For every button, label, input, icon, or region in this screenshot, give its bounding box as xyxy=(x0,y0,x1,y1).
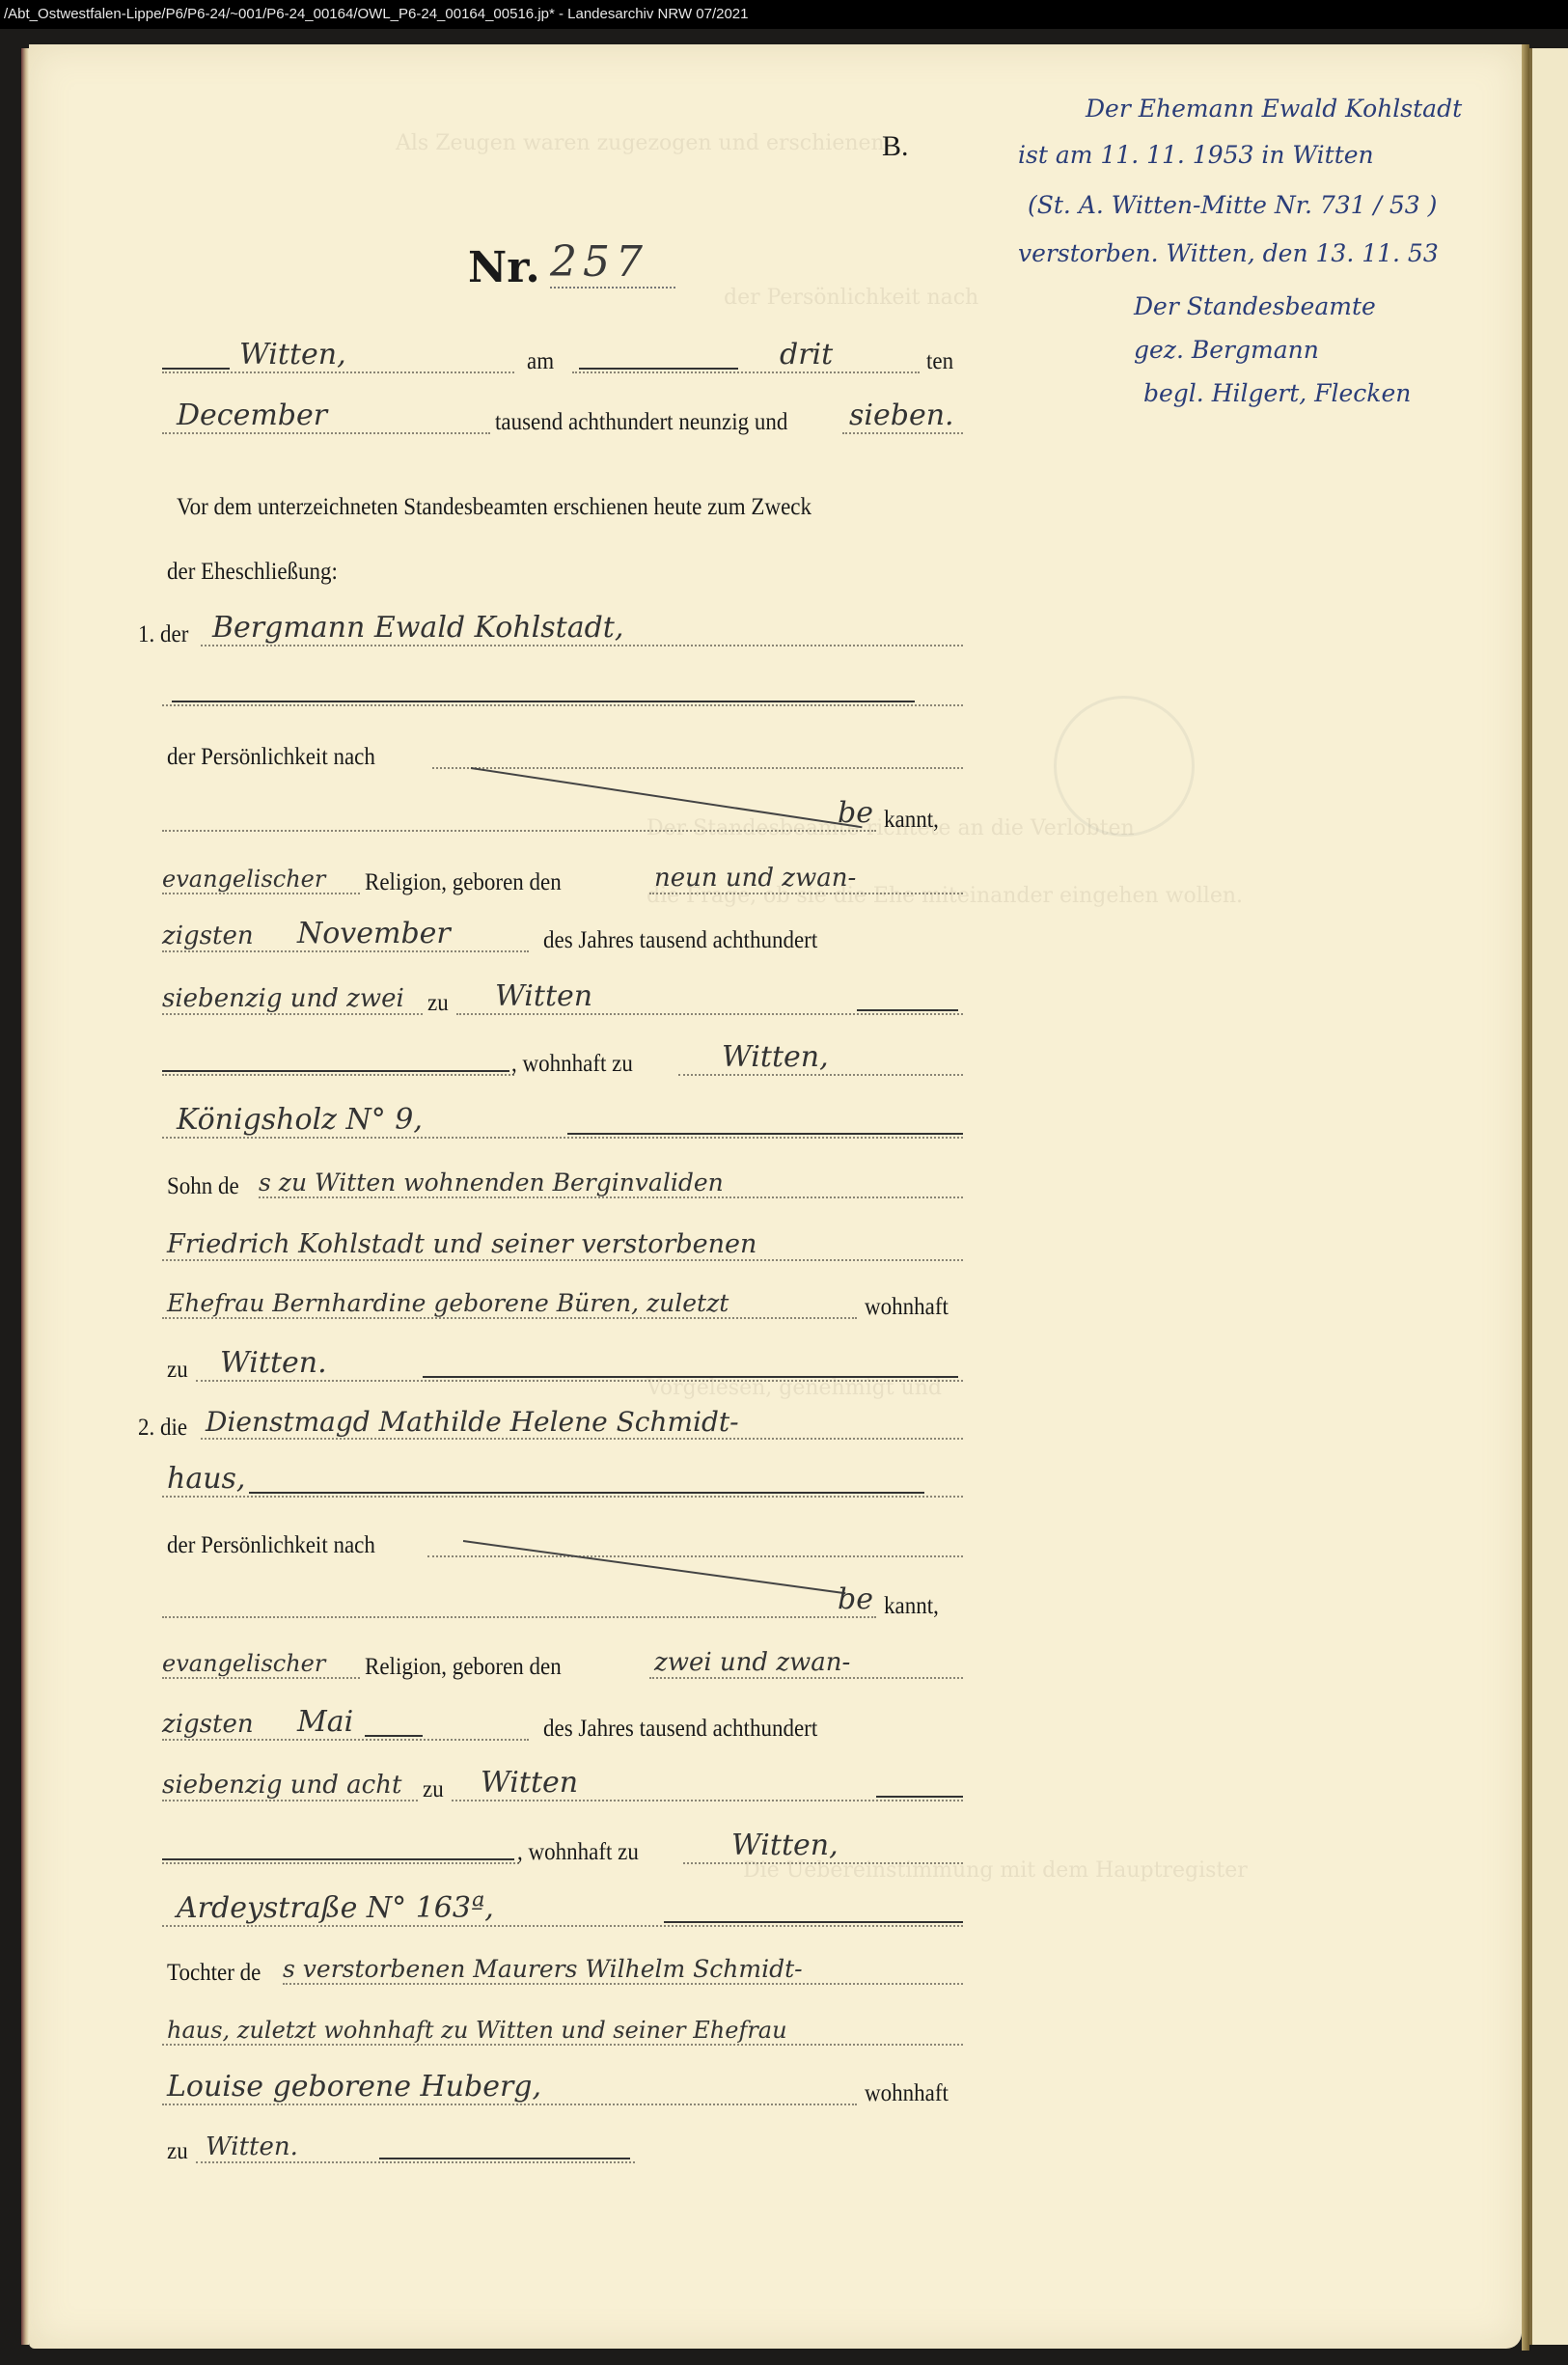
groom-known-line: be kannt, xyxy=(162,791,963,841)
groom-birth-place: Witten xyxy=(495,979,592,1013)
groom-blank-line xyxy=(162,666,963,716)
groom-birth-year-printed: des Jahres tausend achthundert xyxy=(543,927,817,954)
groom-identity-line: der Persönlichkeit nach xyxy=(162,729,963,779)
annotation-line: (St. A. Witten-Mitte Nr. 731 / 53 ) xyxy=(1028,193,1437,217)
bride-parents-line-2: haus, zuletzt wohnhaft zu Witten und sei… xyxy=(162,2005,963,2055)
bleed-through-text: Als Zeugen waren zugezogen und erschiene… xyxy=(396,131,892,155)
intro-line-1: Vor dem unterzeichneten Standesbeamten e… xyxy=(162,479,963,529)
bride-name-1: Dienstmagd Mathilde Helene Schmidt- xyxy=(206,1406,739,1438)
window-title-bar: /Abt_Ostwestfalen-Lippe/P6/P6-24/~001/P6… xyxy=(0,0,1568,29)
place-value: Witten, xyxy=(239,338,346,371)
groom-birth-day-1: neun und zwan- xyxy=(654,864,856,893)
groom-birth-day-2: zigsten xyxy=(162,921,254,950)
groom-prefix: 1. der xyxy=(138,621,188,648)
bride-prefix: 2. die xyxy=(138,1415,187,1442)
bride-religion-printed: Religion, geboren den xyxy=(365,1654,562,1681)
faded-stamp xyxy=(1054,696,1195,837)
adjacent-page-edge xyxy=(1529,48,1568,2345)
place-date-line: Witten, am drit ten xyxy=(162,333,963,383)
groom-residence-line: , wohnhaft zu Witten, xyxy=(162,1035,963,1086)
bride-birth-day-2: zigsten xyxy=(162,1710,254,1739)
bride-parents-1: s verstorbenen Maurers Wilhelm Schmidt- xyxy=(283,1955,803,1983)
groom-identity-label: der Persönlichkeit nach xyxy=(167,744,375,771)
groom-religion-printed: Religion, geboren den xyxy=(365,869,562,896)
groom-parents-line-3: Ehefrau Bernhardine geborene Büren, zule… xyxy=(162,1279,963,1329)
bride-name-line-1: 2. die Dienstmagd Mathilde Helene Schmid… xyxy=(162,1399,963,1449)
son-label: Sohn de xyxy=(167,1173,239,1200)
groom-religion-hw: evangelischer xyxy=(162,866,325,893)
record-number-label: Nr. xyxy=(468,243,540,292)
month-year-line: December tausend achthundert neunzig und… xyxy=(162,394,963,444)
annotation-line: ist am 11. 11. 1953 in Witten xyxy=(1018,143,1374,167)
groom-known-hw: be xyxy=(838,796,873,830)
month-value: December xyxy=(177,399,327,432)
groom-known-suffix: kannt, xyxy=(884,807,939,834)
am-label: am xyxy=(527,348,554,375)
intro-text: Vor dem unterzeichneten Standesbeamten e… xyxy=(177,494,812,521)
bride-religion-hw: evangelischer xyxy=(162,1650,325,1677)
bride-parents-3: Louise geborene Huberg, xyxy=(167,2070,541,2104)
bride-known-suffix: kannt, xyxy=(884,1593,939,1620)
bride-address: Ardeystraße N° 163ª, xyxy=(177,1891,494,1925)
groom-address-line: Königsholz N° 9, xyxy=(162,1098,963,1148)
annotation-line: gez. Bergmann xyxy=(1134,338,1319,362)
window-title: /Abt_Ostwestfalen-Lippe/P6/P6-24/~001/P6… xyxy=(4,6,749,22)
bride-parents-line-3: Louise geborene Huberg, wohnhaft xyxy=(162,2065,963,2115)
groom-name-line: 1. der Bergmann Ewald Kohlstadt, xyxy=(162,606,963,656)
bride-birth-month: Mai xyxy=(297,1705,353,1739)
groom-residence: Witten, xyxy=(722,1040,829,1074)
groom-parents-1: s zu Witten wohnenden Berginvaliden xyxy=(259,1169,724,1196)
groom-birth-month-line: zigsten November des Jahres tausend acht… xyxy=(162,912,963,962)
bride-address-line: Ardeystraße N° 163ª, xyxy=(162,1886,963,1937)
bride-birth-place: Witten xyxy=(481,1766,578,1800)
annotation-line: Der Ehemann Ewald Kohlstadt xyxy=(1086,96,1462,121)
groom-parents-3-suffix: wohnhaft xyxy=(865,1294,949,1321)
groom-parents-residence: Witten. xyxy=(220,1346,327,1380)
annotation-line: verstorben. Witten, den 13. 11. 53 xyxy=(1018,241,1439,265)
intro-line-2: der Eheschließung: xyxy=(162,543,963,593)
bride-birth-year-hw: siebenzig und acht xyxy=(162,1771,401,1800)
annotation-line: begl. Hilgert, Flecken xyxy=(1143,381,1411,405)
bride-residence: Witten, xyxy=(731,1829,839,1862)
section-marker: B. xyxy=(882,130,909,163)
groom-parents-residence-label: zu xyxy=(167,1357,188,1384)
day-suffix: ten xyxy=(926,348,953,375)
bride-known-hw: be xyxy=(838,1582,873,1616)
groom-parents-line-2: Friedrich Kohlstadt und seiner verstorbe… xyxy=(162,1221,963,1271)
groom-parents-line-1: Sohn de s zu Witten wohnenden Berginvali… xyxy=(162,1158,963,1208)
bride-birth-year-line: siebenzig und acht zu Witten xyxy=(162,1761,963,1811)
bride-parents-line-1: Tochter de s verstorbenen Maurers Wilhel… xyxy=(162,1944,963,1994)
bride-known-line: be kannt, xyxy=(162,1578,963,1628)
groom-parents-residence-line: zu Witten. xyxy=(162,1341,963,1391)
bride-residence-label: , wohnhaft zu xyxy=(517,1839,639,1866)
book-edge xyxy=(21,48,29,2345)
bride-parents-residence-label: zu xyxy=(167,2138,188,2165)
bride-parents-residence: Witten. xyxy=(206,2132,298,2161)
groom-parents-2: Friedrich Kohlstadt und seiner verstorbe… xyxy=(167,1229,756,1259)
groom-birth-month: November xyxy=(297,917,451,950)
bride-parents-residence-line: zu Witten. xyxy=(162,2123,963,2173)
bride-birth-year-printed: des Jahres tausend achthundert xyxy=(543,1716,817,1743)
bride-identity-line: der Persönlichkeit nach xyxy=(162,1517,963,1567)
annotation-line: Der Standesbeamte xyxy=(1134,294,1376,318)
bride-birth-place-label: zu xyxy=(423,1776,444,1803)
year-handwritten: sieben. xyxy=(849,399,954,432)
bride-identity-label: der Persönlichkeit nach xyxy=(167,1532,375,1559)
bride-parents-2: haus, zuletzt wohnhaft zu Witten und sei… xyxy=(167,2017,787,2044)
groom-parents-3: Ehefrau Bernhardine geborene Büren, zule… xyxy=(167,1289,729,1317)
bride-parents-3-suffix: wohnhaft xyxy=(865,2080,949,2107)
day-value: drit xyxy=(780,338,833,371)
bride-birth-day-1: zwei und zwan- xyxy=(654,1648,850,1677)
book-gutter xyxy=(1522,44,1529,2351)
bride-residence-line: , wohnhaft zu Witten, xyxy=(162,1824,963,1874)
record-number-value: 257 xyxy=(550,237,675,289)
bride-name-line-2: haus, xyxy=(162,1457,963,1507)
groom-birth-year-line: siebenzig und zwei zu Witten xyxy=(162,975,963,1025)
daughter-label: Tochter de xyxy=(167,1960,261,1987)
groom-birth-year-hw: siebenzig und zwei xyxy=(162,984,404,1013)
groom-religion-line: evangelischer Religion, geboren den neun… xyxy=(162,854,963,904)
bride-religion-line: evangelischer Religion, geboren den zwei… xyxy=(162,1638,963,1689)
bride-birth-month-line: zigsten Mai des Jahres tausend achthunde… xyxy=(162,1700,963,1750)
groom-name: Bergmann Ewald Kohlstadt, xyxy=(212,611,623,645)
bleed-through-text: der Persönlichkeit nach xyxy=(724,286,978,310)
intro-text-2: der Eheschließung: xyxy=(167,559,338,586)
groom-address: Königsholz N° 9, xyxy=(177,1103,423,1137)
groom-residence-label: , wohnhaft zu xyxy=(511,1051,633,1078)
year-printed: tausend achthundert neunzig und xyxy=(495,409,787,436)
bride-name-2: haus, xyxy=(167,1462,245,1496)
groom-birth-place-label: zu xyxy=(427,990,449,1017)
